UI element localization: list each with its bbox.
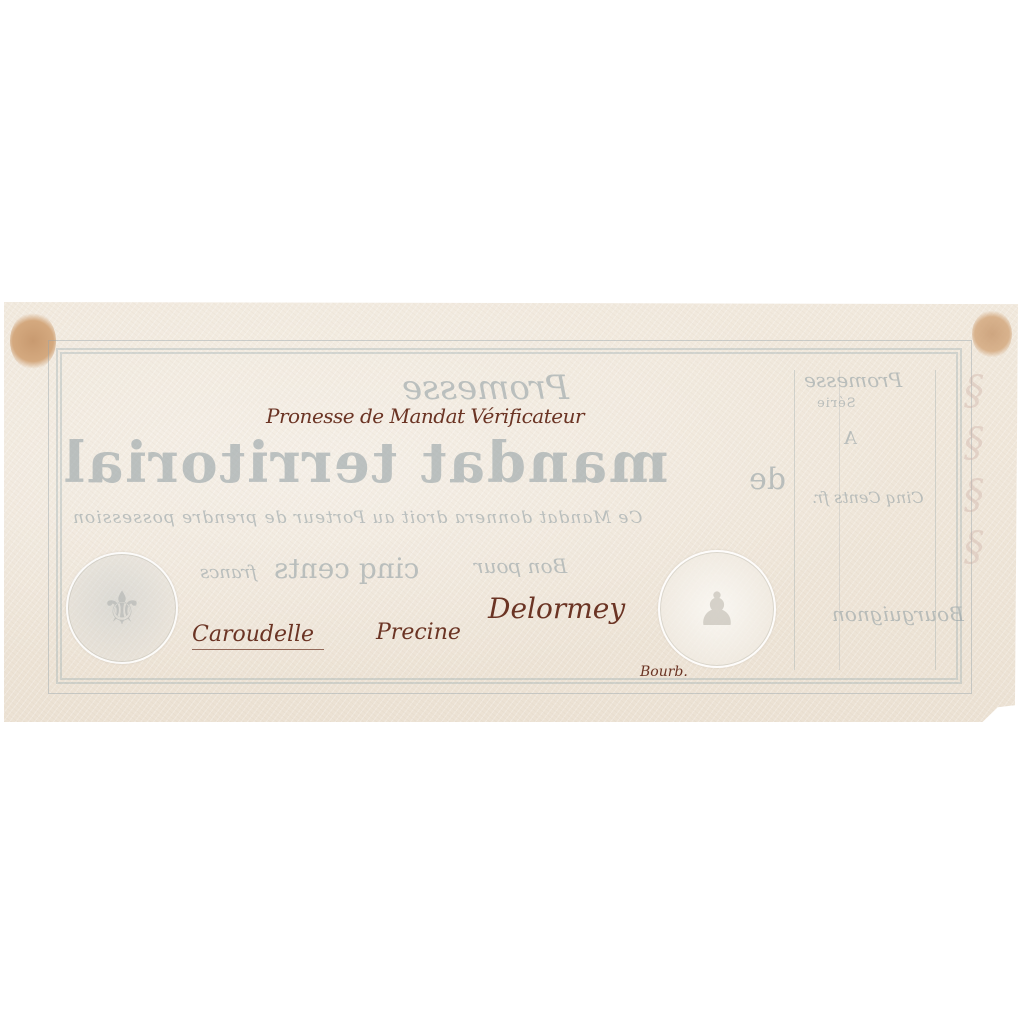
- ghost-heading-top: Promesse: [402, 368, 569, 408]
- emblem-icon: ⚜: [68, 554, 176, 662]
- ghost-counterfoil-signature: Bourguignon: [832, 602, 964, 626]
- handwritten-header: Pronesse de Mandat Vérificateur: [266, 404, 584, 428]
- ghost-amount: francs cinq cents: [200, 552, 419, 585]
- ghost-counterfoil-amount: Cinq Cents fr.: [812, 488, 924, 507]
- stain-right: [972, 310, 1012, 358]
- ghost-amount-prefix: Bon pour: [474, 554, 567, 578]
- signature-4: Bourb.: [640, 664, 688, 680]
- banknote-paper: Promesse mandat territorial de Ce Mandat…: [4, 302, 1018, 722]
- ghost-counterfoil-letter: A: [844, 428, 857, 449]
- flourish-icon: §: [964, 420, 1014, 466]
- flourish-icon: §: [964, 524, 1014, 570]
- ghost-body-line: Ce Mandat donnera droit au Porteur de pr…: [72, 508, 642, 528]
- flourish-icon: §: [964, 472, 1014, 518]
- signature-2: Precine: [376, 620, 461, 645]
- seal-left: ⚜: [66, 552, 178, 664]
- signature-3: Delormey: [488, 592, 625, 625]
- ghost-counterfoil-heading: Promesse: [804, 368, 902, 392]
- signature-1: Caroudelle: [192, 622, 324, 650]
- ghost-title: mandat territorial: [62, 430, 668, 496]
- ghost-counterfoil-series: Série: [816, 396, 856, 411]
- seal-right: ♟: [658, 550, 776, 668]
- seated-figure-icon: ♟: [660, 552, 774, 666]
- ghost-title-prefix: de: [749, 462, 786, 497]
- flourish-icon: §: [964, 368, 1014, 414]
- edge-flourish: § § § §: [954, 362, 1014, 662]
